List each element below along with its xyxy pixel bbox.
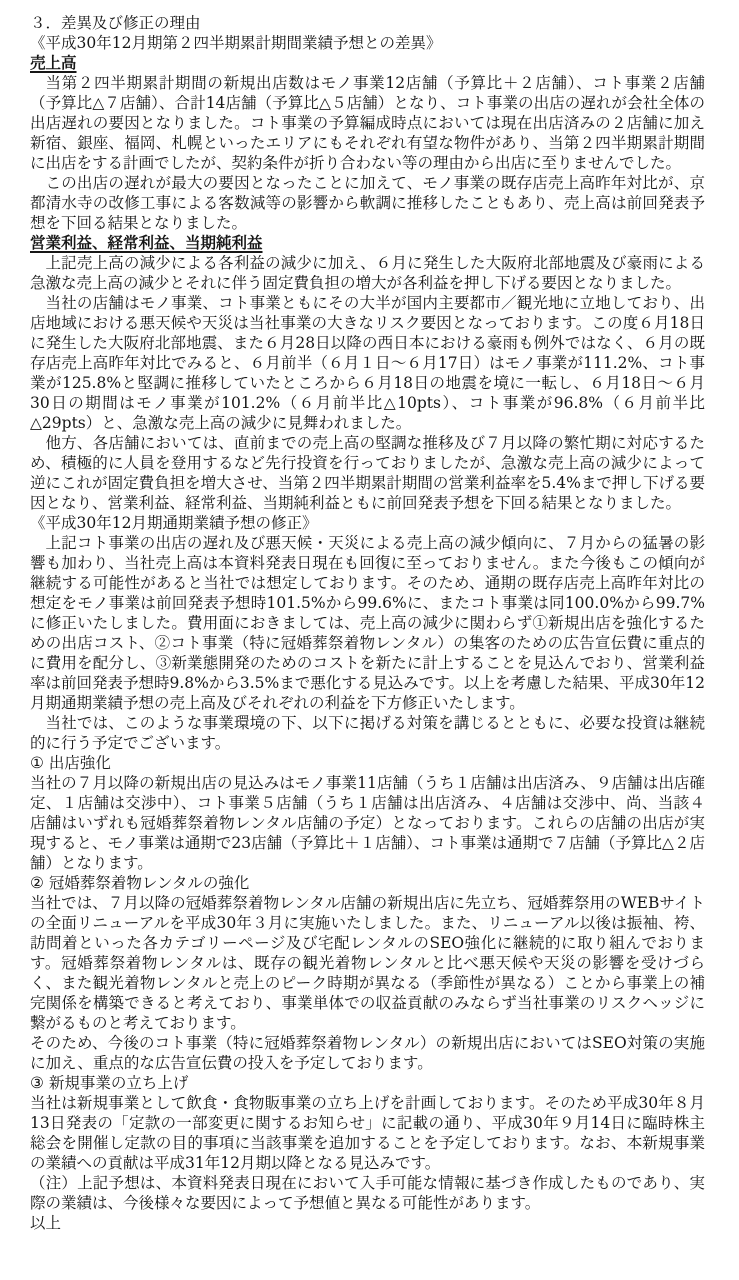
- sales-paragraph: この出店の遅れが最大の要因となったことに加えて、モノ事業の既存店売上高昨年対比が…: [30, 173, 705, 233]
- document-page: ３．差異及び修正の理由 《平成30年12月期第２四半期累計期間業績予想との差異》…: [0, 0, 739, 1280]
- profit-paragraph: 上記売上高の減少による各利益の減少に加え、６月に発生した大阪府北部地震及び豪雨に…: [30, 253, 705, 293]
- closing-text: 以上: [30, 1213, 705, 1233]
- q2-variance-heading: 《平成30年12月期第２四半期累計期間業績予想との差異》: [30, 33, 705, 53]
- fullyear-paragraph: 当社では、このような事業環境の下、以下に掲げる対策を講じるとともに、必要な投資は…: [30, 713, 705, 753]
- measure-paragraph: 当社は新規事業として飲食・食物販事業の立ち上げを計画しております。そのため平成3…: [30, 1093, 705, 1173]
- measure-paragraph: そのため、今後のコト事業（特に冠婚葬祭着物レンタル）の新規出店においてはSEO対…: [30, 1033, 705, 1073]
- measure-marker: ①: [30, 754, 44, 772]
- measure-title: 新規事業の立ち上げ: [49, 1074, 189, 1092]
- measure-item-store-expansion: ①出店強化 当社の７月以降の新規出店の見込みはモノ事業11店舗（うち１店舗は出店…: [30, 753, 705, 873]
- profit-heading: 営業利益、経常利益、当期純利益: [30, 233, 705, 253]
- measure-marker: ③: [30, 1074, 44, 1092]
- measure-title: 出店強化: [49, 754, 111, 772]
- measure-paragraph: 当社の７月以降の新規出店の見込みはモノ事業11店舗（うち１店舗は出店済み、９店舗…: [30, 773, 705, 873]
- profit-paragraph: 他方、各店舗においては、直前までの売上高の堅調な推移及び７月以降の繁忙期に対応す…: [30, 433, 705, 513]
- section-title: ３．差異及び修正の理由: [30, 13, 705, 33]
- fullyear-revision-heading: 《平成30年12月期通期業績予想の修正》: [30, 513, 705, 533]
- measure-item-kimono-rental: ②冠婚葬祭着物レンタルの強化 当社では、７月以降の冠婚葬祭着物レンタル店舗の新規…: [30, 873, 705, 1073]
- measure-marker: ②: [30, 874, 44, 892]
- measure-heading: ①出店強化: [30, 753, 705, 773]
- disclaimer-note: （注）上記予想は、本資料発表日現在において入手可能な情報に基づき作成したものであ…: [30, 1173, 705, 1213]
- measure-heading: ③新規事業の立ち上げ: [30, 1073, 705, 1093]
- sales-paragraph: 当第２四半期累計期間の新規出店数はモノ事業12店舗（予算比＋２店舗）、コト事業２…: [30, 73, 705, 173]
- measure-item-new-business: ③新規事業の立ち上げ 当社は新規事業として飲食・食物販事業の立ち上げを計画してお…: [30, 1073, 705, 1173]
- profit-paragraph: 当社の店舗はモノ事業、コト事業ともにその大半が国内主要都市／観光地に立地しており…: [30, 293, 705, 433]
- sales-heading: 売上高: [30, 53, 705, 73]
- measure-title: 冠婚葬祭着物レンタルの強化: [49, 874, 250, 892]
- measure-heading: ②冠婚葬祭着物レンタルの強化: [30, 873, 705, 893]
- fullyear-paragraph: 上記コト事業の出店の遅れ及び悪天候・天災による売上高の減少傾向に、７月からの猛暑…: [30, 533, 705, 713]
- measure-paragraph: 当社では、７月以降の冠婚葬祭着物レンタル店舗の新規出店に先立ち、冠婚葬祭用のWE…: [30, 893, 705, 1033]
